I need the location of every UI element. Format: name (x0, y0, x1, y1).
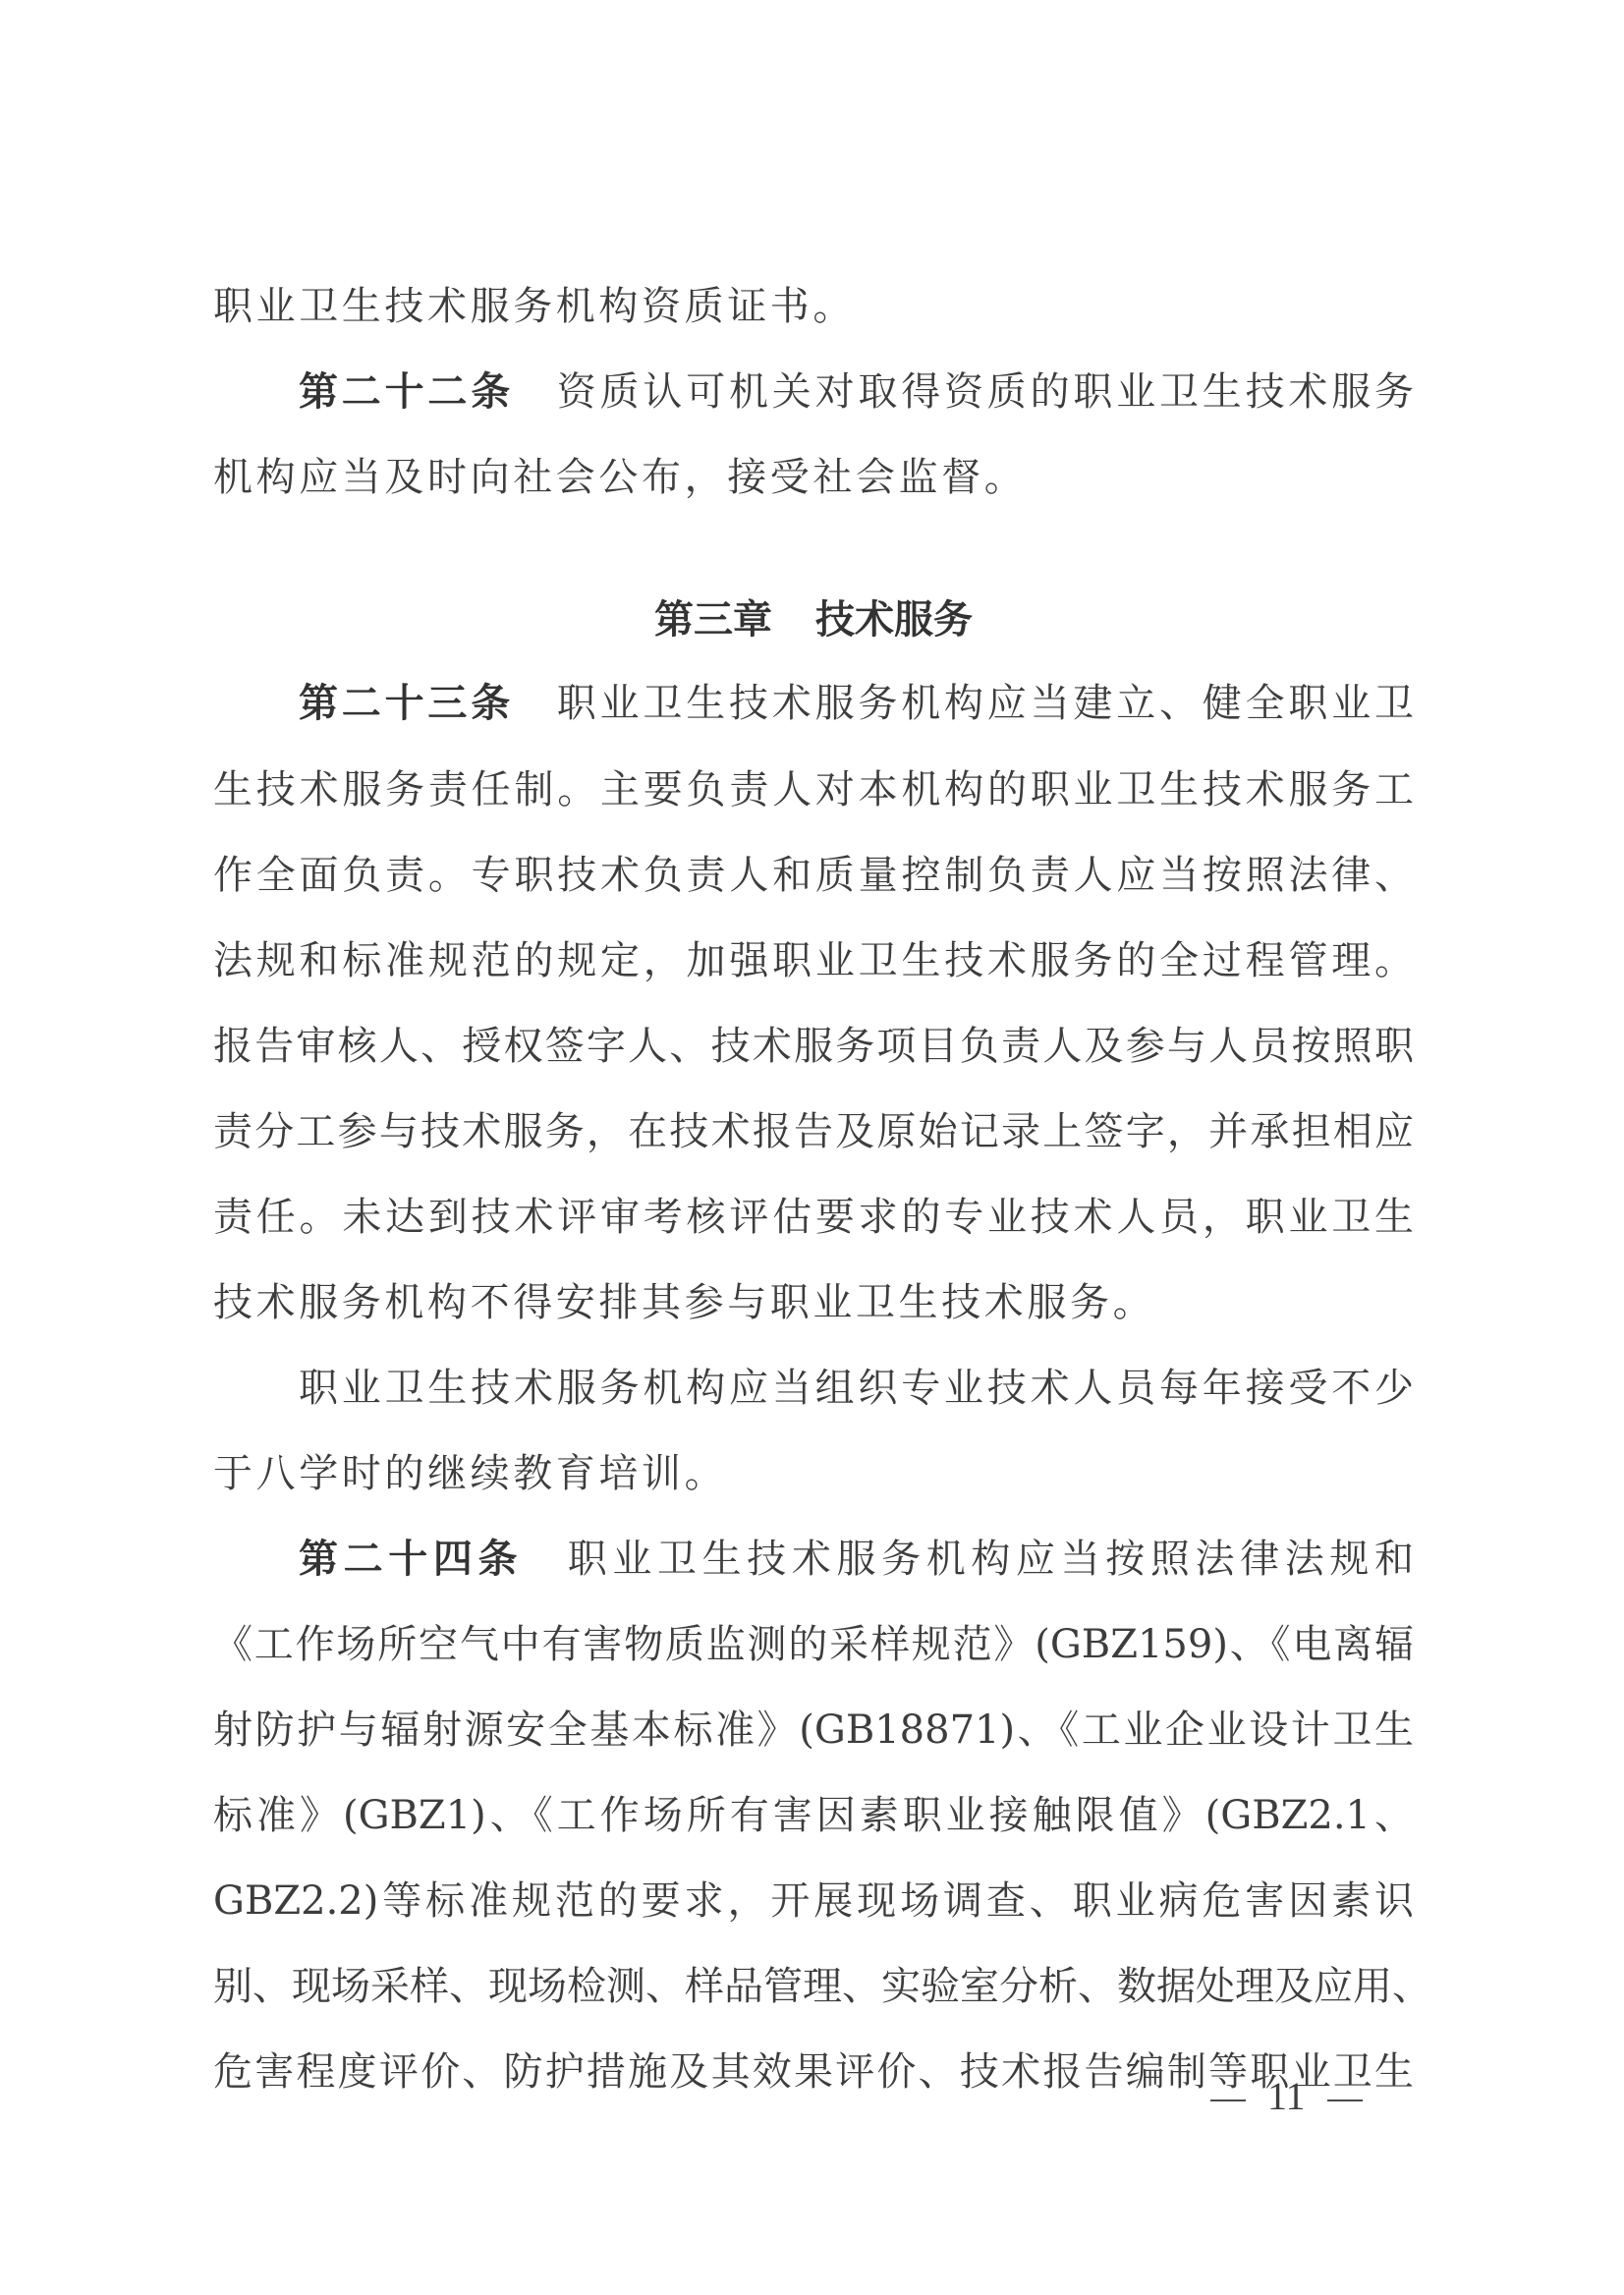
document-page: 职业卫生技术服务机构资质证书。 第二十二条资质认可机关对取得资质的职业卫生技术服… (0, 0, 1624, 2295)
paragraph-text: 于八学时的继续教育培训。 (213, 1451, 727, 1496)
paragraph-text: 报告审核人、授权签字人、技术服务项目负责人及参与人员按照职 (213, 1024, 1414, 1069)
paragraph-text: 标准》(GBZ1)、《工作场所有害因素职业接触限值》(GBZ2.1、 (213, 1793, 1414, 1838)
dash-left (1210, 2099, 1246, 2101)
paragraph-text: 《工作场所空气中有害物质监测的采样规范》(GBZ159)、《电离辐 (213, 1622, 1414, 1667)
article-24-first-line: 第二十四条职业卫生技术服务机构应当按照法律法规和 (299, 1536, 1414, 1583)
paragraph-text: 射防护与辐射源安全基本标准》(GB18871)、《工业企业设计卫生 (213, 1707, 1414, 1753)
page-number-value: 11 (1267, 2074, 1306, 2118)
text-line: 责分工参与技术服务，在技术报告及原始记录上签字，并承担相应 (213, 1108, 1414, 1155)
paragraph-text: 责分工参与技术服务，在技术报告及原始记录上签字，并承担相应 (213, 1109, 1414, 1154)
chapter-title: 技术服务 (815, 597, 973, 643)
article-22-first-line: 第二十二条资质认可机关对取得资质的职业卫生技术服务 (299, 368, 1414, 416)
dash-right (1327, 2099, 1363, 2101)
article-heading: 第二十二条 (299, 369, 514, 415)
text-line: 作全面负责。专职技术负责人和质量控制负责人应当按照法律、 (213, 852, 1414, 899)
text-line: 《工作场所空气中有害物质监测的采样规范》(GBZ159)、《电离辐 (213, 1621, 1414, 1668)
text-line: 生技术服务责任制。主要负责人对本机构的职业卫生技术服务工 (213, 766, 1414, 813)
text-line: 别、现场采样、现场检测、样品管理、实验室分析、数据处理及应用、 (213, 1963, 1414, 2010)
text-line: 机构应当及时向社会公布，接受社会监督。 (213, 454, 1414, 501)
text-line: 标准》(GBZ1)、《工作场所有害因素职业接触限值》(GBZ2.1、 (213, 1792, 1414, 1839)
paragraph-text: 技术服务机构不得安排其参与职业卫生技术服务。 (213, 1280, 1155, 1325)
paragraph-text: 职业卫生技术服务机构应当建立、健全职业卫 (553, 681, 1414, 726)
text-line: 报告审核人、授权签字人、技术服务项目负责人及参与人员按照职 (213, 1023, 1414, 1070)
page-number: 11 (1189, 2073, 1415, 2120)
paragraph-text: 职业卫生技术服务机构应当组织专业技术人员每年接受不少 (299, 1366, 1414, 1411)
chapter-heading: 第三章技术服务 (213, 596, 1414, 644)
paragraph-text: GBZ2.2)等标准规范的要求，开展现场调查、职业病危害因素识 (213, 1878, 1414, 1924)
text-line: 射防护与辐射源安全基本标准》(GB18871)、《工业企业设计卫生 (213, 1707, 1414, 1754)
text-line: 于八学时的继续教育培训。 (213, 1450, 1414, 1497)
paragraph-text: 资质认可机关对取得资质的职业卫生技术服务 (553, 369, 1414, 415)
article-heading: 第二十四条 (299, 1537, 523, 1582)
paragraph-text: 机构应当及时向社会公布，接受社会监督。 (213, 455, 1027, 500)
chapter-number: 第三章 (654, 597, 772, 643)
text-line: 职业卫生技术服务机构应当组织专业技术人员每年接受不少 (299, 1365, 1414, 1412)
text-line: 技术服务机构不得安排其参与职业卫生技术服务。 (213, 1279, 1414, 1326)
paragraph-text: 职业卫生技术服务机构应当按照法律法规和 (562, 1537, 1414, 1582)
paragraph-text: 作全面负责。专职技术负责人和质量控制负责人应当按照法律、 (213, 853, 1414, 898)
text-line: 职业卫生技术服务机构资质证书。 (213, 283, 1414, 330)
paragraph-text: 别、现场采样、现场检测、样品管理、实验室分析、数据处理及应用、 (213, 1964, 1431, 2009)
paragraph-text: 法规和标准规范的规定，加强职业卫生技术服务的全过程管理。 (213, 938, 1414, 983)
paragraph-text: 生技术服务责任制。主要负责人对本机构的职业卫生技术服务工 (213, 767, 1414, 812)
article-23-first-line: 第二十三条职业卫生技术服务机构应当建立、健全职业卫 (299, 680, 1414, 727)
article-heading: 第二十三条 (299, 681, 514, 726)
text-line: 法规和标准规范的规定，加强职业卫生技术服务的全过程管理。 (213, 937, 1414, 984)
paragraph-text: 职业卫生技术服务机构资质证书。 (213, 284, 856, 329)
text-line: GBZ2.2)等标准规范的要求，开展现场调查、职业病危害因素识 (213, 1877, 1414, 1925)
paragraph-text: 责任。未达到技术评审考核评估要求的专业技术人员，职业卫生 (213, 1195, 1414, 1240)
text-line: 责任。未达到技术评审考核评估要求的专业技术人员，职业卫生 (213, 1194, 1414, 1241)
